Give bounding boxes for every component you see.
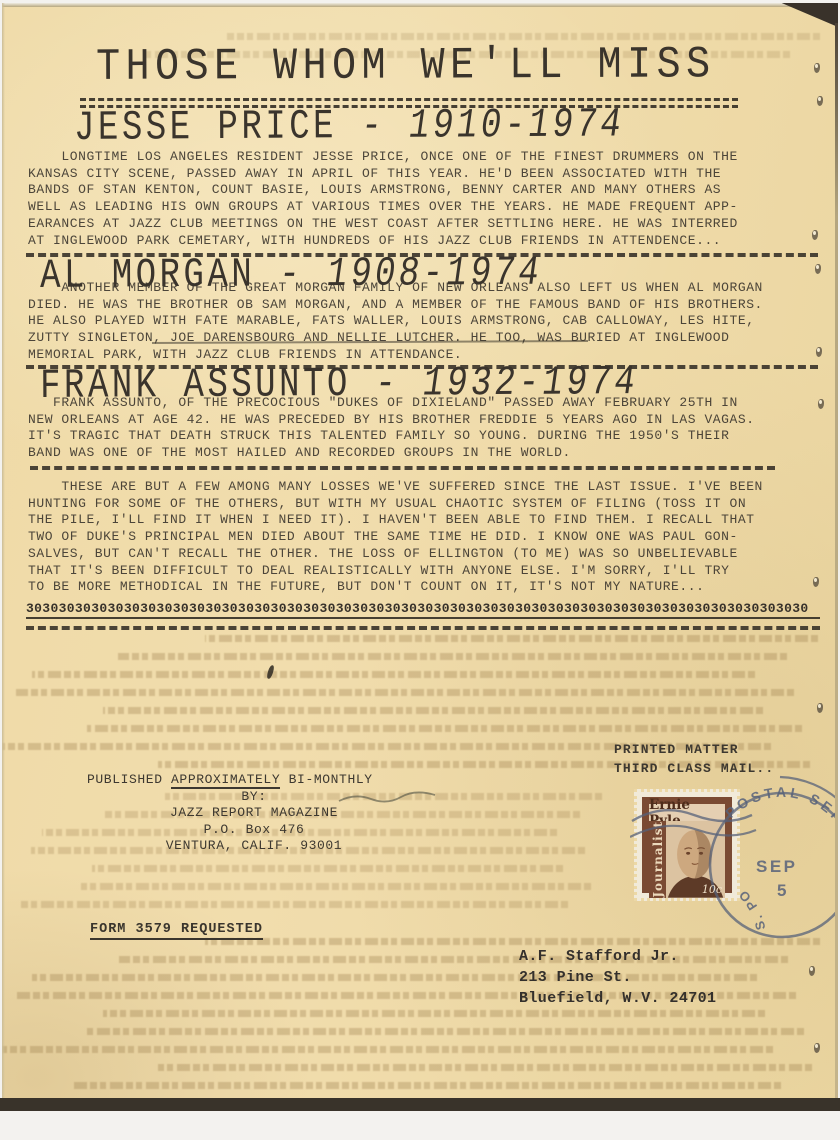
publisher-name: JAZZ REPORT MAGAZINE (87, 805, 421, 822)
typed-line: LONGTIME LOS ANGELES RESIDENT JESSE PRIC… (28, 149, 832, 166)
typed-line: THE PILE, I'LL FIND IT WHEN I NEED IT). … (28, 512, 836, 529)
page-edge-bottom (0, 1098, 840, 1111)
typed-line: THESE ARE BUT A FEW AMONG MANY LOSSES WE… (28, 479, 836, 496)
scanned-magazine-back-page: THOSE WHOM WE'LL MISS JESSE PRICE - 1910… (0, 0, 840, 1140)
printed-matter-label: PRINTED MATTER THIRD CLASS MAIL.. (614, 740, 774, 778)
page-edge-top (2, 3, 838, 7)
published-line: PUBLISHED APPROXIMATELY BI-MONTHLY (87, 772, 421, 789)
typed-line: ANOTHER MEMBER OF THE GREAT MORGAN FAMIL… (28, 280, 832, 297)
typed-line: HUNTING FOR SOME OF THE OTHERS, BUT WITH… (28, 496, 836, 513)
typed-line: TWO OF DUKE'S PRINCIPAL MEN DIED ABOUT T… (28, 529, 836, 546)
typed-line: WELL AS LEADING HIS OWN GROUPS AT VARIOU… (28, 199, 832, 216)
postmark-ring-text-bottom: S. PO (734, 886, 768, 932)
svg-text:POSTAL SER: POSTAL SER (722, 784, 838, 828)
typed-line: KANSAS CITY SCENE, PASSED AWAY IN APRIL … (28, 166, 832, 183)
paper-sheet: THOSE WHOM WE'LL MISS JESSE PRICE - 1910… (2, 3, 838, 1100)
postmark: POSTAL SER S. PO SEP 5 (630, 775, 838, 975)
typed-line: IT'S TRAGIC THAT DEATH STRUCK THIS TALEN… (28, 428, 832, 445)
typed-line: FRANK ASSUNTO, OF THE PRECOCIOUS "DUKES … (28, 395, 832, 412)
scanner-background (0, 1111, 840, 1140)
typed-line: ZUTTY SINGLETON, JOE DARENSBOURG AND NEL… (28, 330, 832, 347)
closing-paragraph: THESE ARE BUT A FEW AMONG MANY LOSSES WE… (28, 479, 836, 596)
divider-3030-dashes (26, 626, 820, 630)
page-title: THOSE WHOM WE'LL MISS (96, 41, 716, 94)
typed-line: HE ALSO PLAYED WITH FATE MARABLE, FATS W… (28, 313, 832, 330)
obituary-years: - 1910-1974 (358, 102, 627, 150)
stamp-value: 10c (702, 883, 722, 896)
svg-text:S. PO: S. PO (734, 886, 768, 932)
typed-line: BAND WAS ONE OF THE MOST HAILED AND RECO… (28, 445, 832, 462)
publisher-city: VENTURA, CALIF. 93001 (87, 838, 421, 855)
section-divider (30, 466, 775, 470)
form-3579-label: FORM 3579 REQUESTED (90, 922, 263, 940)
cancel-wave-icon (630, 826, 756, 837)
postmark-date-month: SEP (756, 857, 798, 876)
postmark-ring-text-top: POSTAL SER (722, 784, 838, 828)
page-edge-left (2, 3, 5, 1100)
address-line: Bluefield, W.V. 24701 (519, 988, 716, 1009)
typed-line: THAT IT'S BEEN DIFFICULT TO DEAL REALIST… (28, 563, 836, 580)
publisher-block: PUBLISHED APPROXIMATELY BI-MONTHLY BY: J… (87, 772, 421, 855)
obituary-paragraph-jesse-price: LONGTIME LOS ANGELES RESIDENT JESSE PRIC… (28, 149, 832, 249)
publisher-po-box: P.O. Box 476 (87, 822, 421, 839)
typed-line: NEW ORLEANS AT AGE 42. HE WAS PRECEDED B… (28, 412, 832, 429)
obituary-paragraph-al-morgan: ANOTHER MEMBER OF THE GREAT MORGAN FAMIL… (28, 280, 832, 364)
pen-squiggle-mark (337, 789, 439, 807)
divider-3030: 3030303030303030303030303030303030303030… (26, 601, 820, 619)
obituary-paragraph-frank-assunto: FRANK ASSUNTO, OF THE PRECOCIOUS "DUKES … (28, 395, 832, 462)
page-edge-right (835, 23, 838, 1100)
postmark-date-day: 5 (777, 881, 786, 900)
typed-line: DIED. HE WAS THE BROTHER OB SAM MORGAN, … (28, 297, 832, 314)
obituary-heading-jesse-price: JESSE PRICE - 1910-1974 (74, 102, 624, 152)
typed-line: AT INGLEWOOD PARK CEMETARY, WITH HUNDRED… (28, 233, 832, 250)
underlined-word: APPROXIMATELY (171, 772, 280, 789)
typed-line: TO BE MORE METHODICAL IN THE FUTURE, BUT… (28, 579, 836, 596)
typed-line: SALVES, BUT CAN'T RECALL THE OTHER. THE … (28, 546, 836, 563)
typed-line: EARANCES AT JAZZ CLUB MEETINGS ON THE WE… (28, 216, 832, 233)
typed-line: BANDS OF STAN KENTON, COUNT BASIE, LOUIS… (28, 182, 832, 199)
